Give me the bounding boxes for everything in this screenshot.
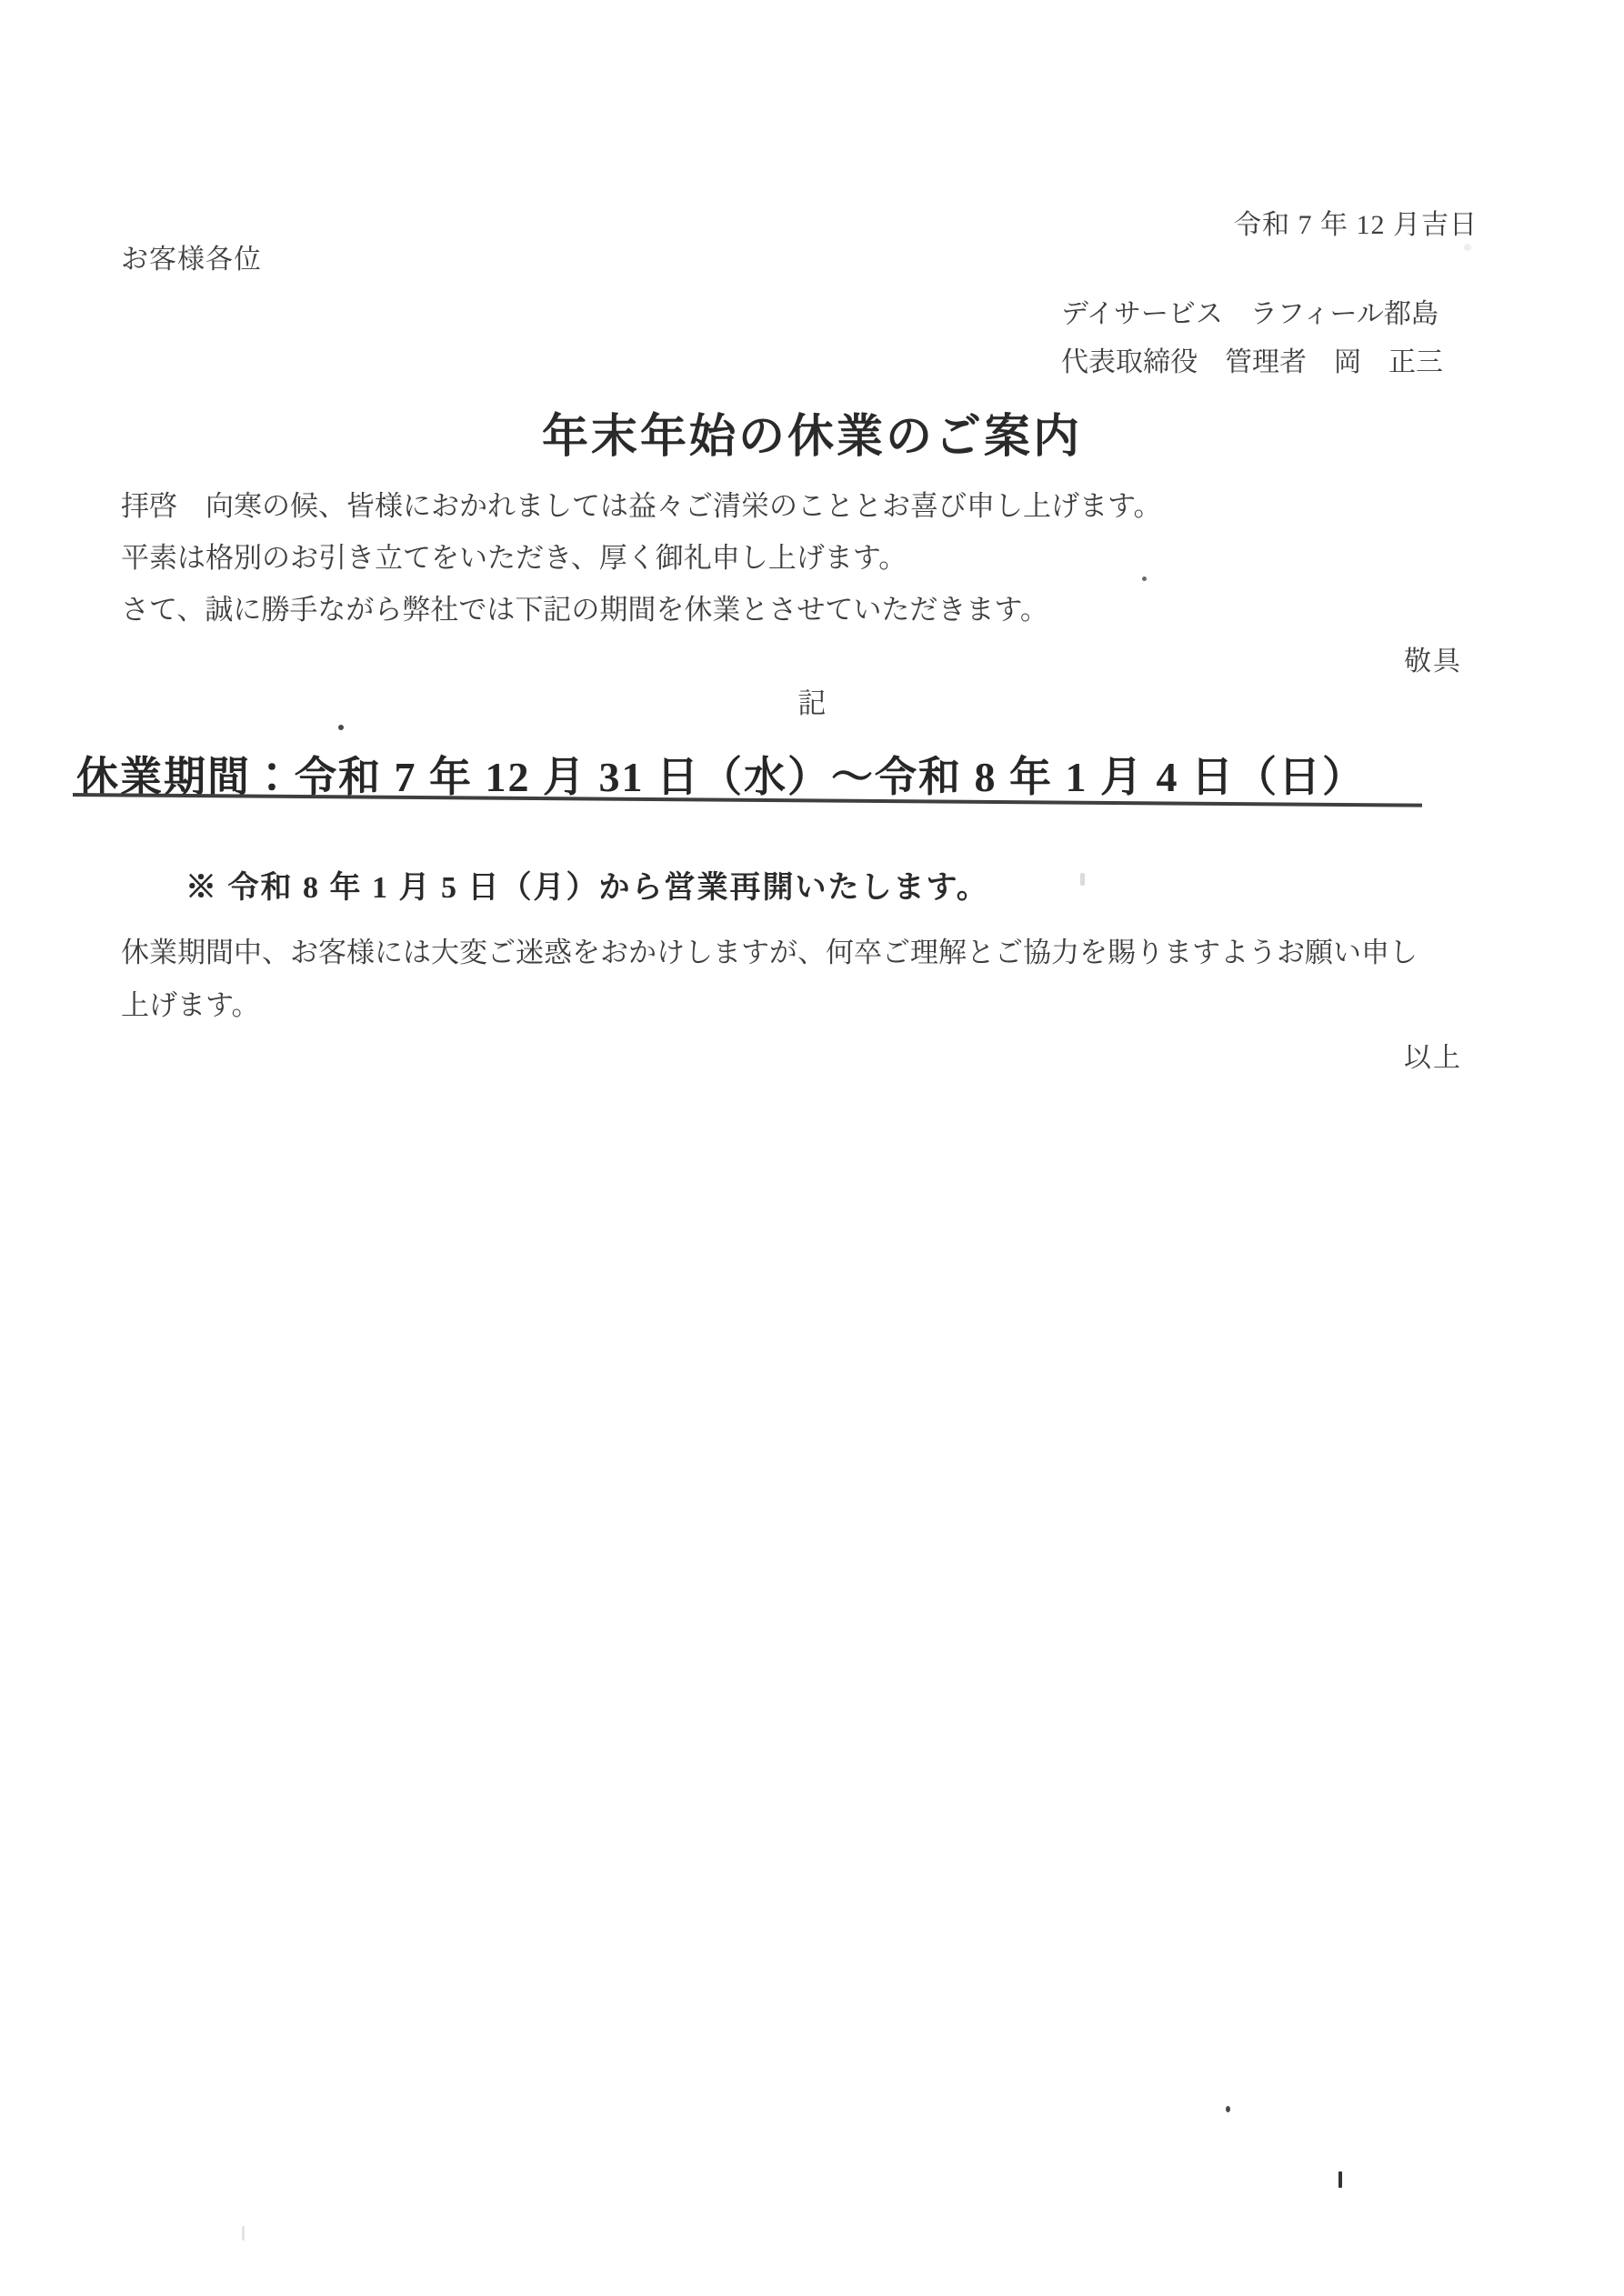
sender-company: デイサービス ラフィール都島 [1061,291,1439,331]
apology-line-1: 休業期間中、お客様には大変ご迷惑をおかけしますが、何卒ご理解とご協力を賜りますよ… [121,929,1418,970]
scan-speck [1338,2171,1342,2188]
record-marker: 記 [0,680,1624,721]
apology-line-2: 上げます。 [121,982,260,1023]
scanned-letter-page: 令和 7 年 12 月吉日 お客様各位 デイサービス ラフィール都島 代表取締役… [0,0,1624,2296]
scan-speck [242,2226,245,2241]
greeting-line-1: 拝啓 向寒の候、皆様におかれましては益々ご清栄のこととお喜び申し上げます。 [121,483,1162,524]
scan-speck [1080,873,1085,886]
reopen-note: ※ 令和 8 年 1 月 5 日（月）から営業再開いたします。 [185,862,989,907]
end-marker: 以上 [1404,1035,1462,1075]
scan-speck [1226,2106,1230,2112]
scan-speck [1464,244,1471,251]
greeting-line-3: さて、誠に勝手ながら弊社では下記の期間を休業とさせていただきます。 [121,587,1048,627]
recipient-line: お客様各位 [121,236,262,276]
letter-date: 令和 7 年 12 月吉日 [1234,202,1478,242]
scan-speck [1142,577,1147,581]
closing-salutation: 敬具 [1404,638,1462,678]
sender-representative: 代表取締役 管理者 岡 正三 [1061,339,1443,379]
letter-title: 年末年始の休業のご案内 [0,398,1624,466]
greeting-line-2: 平素は格別のお引き立てをいただき、厚く御礼申し上げます。 [121,535,907,576]
scan-speck [338,725,344,730]
